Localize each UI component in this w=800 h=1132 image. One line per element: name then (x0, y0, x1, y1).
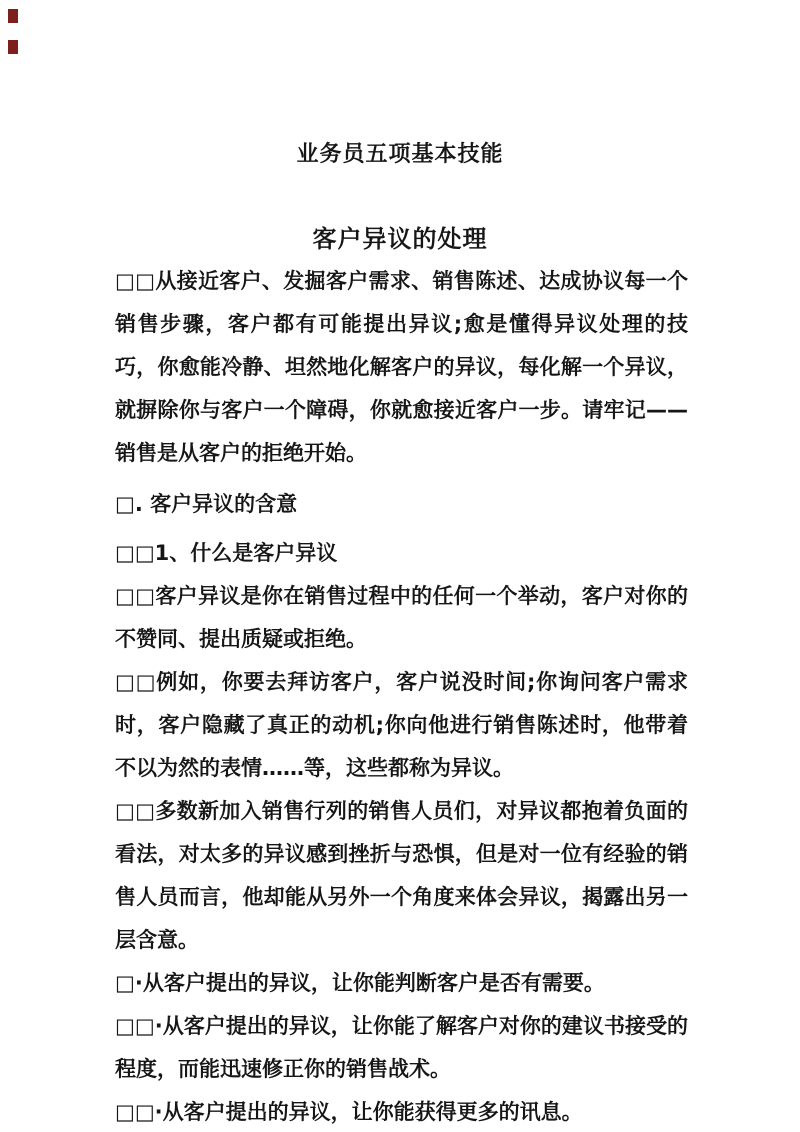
bullet-more-information: □□·从客户提出的异议，让你能获得更多的讯息。 (115, 1091, 688, 1132)
section-title: 客户异议的处理 (0, 224, 800, 254)
bullet-acceptance-level: □□·从客户提出的异议，让你能了解客户对你的建议书接受的程度，而能迅速修正你的销… (115, 1005, 688, 1091)
paragraph-newcomer-attitude: □□多数新加入销售行列的销售人员们，对异议都抱着负面的看法，对太多的异议感到挫折… (115, 790, 688, 962)
document-body: □□从接近客户、发掘客户需求、销售陈述、达成协议每一个销售步骤，客户都有可能提出… (115, 260, 688, 1132)
paragraph-objection-examples: □□例如，你要去拜访客户，客户说没时间;你询问客户需求时，客户隐藏了真正的动机;… (115, 661, 688, 790)
paragraph-objection-definition: □□客户异议是你在销售过程中的任何一个举动，客户对你的不赞同、提出质疑或拒绝。 (115, 575, 688, 661)
bullet-judge-need: □·从客户提出的异议，让你能判断客户是否有需要。 (115, 962, 688, 1005)
document-title: 业务员五项基本技能 (0, 0, 800, 168)
document-page: 业务员五项基本技能 客户异议的处理 □□从接近客户、发掘客户需求、销售陈述、达成… (0, 0, 800, 1132)
red-artifact-mark-bottom (8, 40, 18, 54)
paragraph-intro: □□从接近客户、发掘客户需求、销售陈述、达成协议每一个销售步骤，客户都有可能提出… (115, 260, 688, 475)
red-artifact-mark-top (8, 9, 18, 23)
subheading-what-is-objection: □□1、什么是客户异议 (115, 532, 688, 575)
heading-objection-meaning: □. 客户异议的含意 (115, 483, 688, 526)
